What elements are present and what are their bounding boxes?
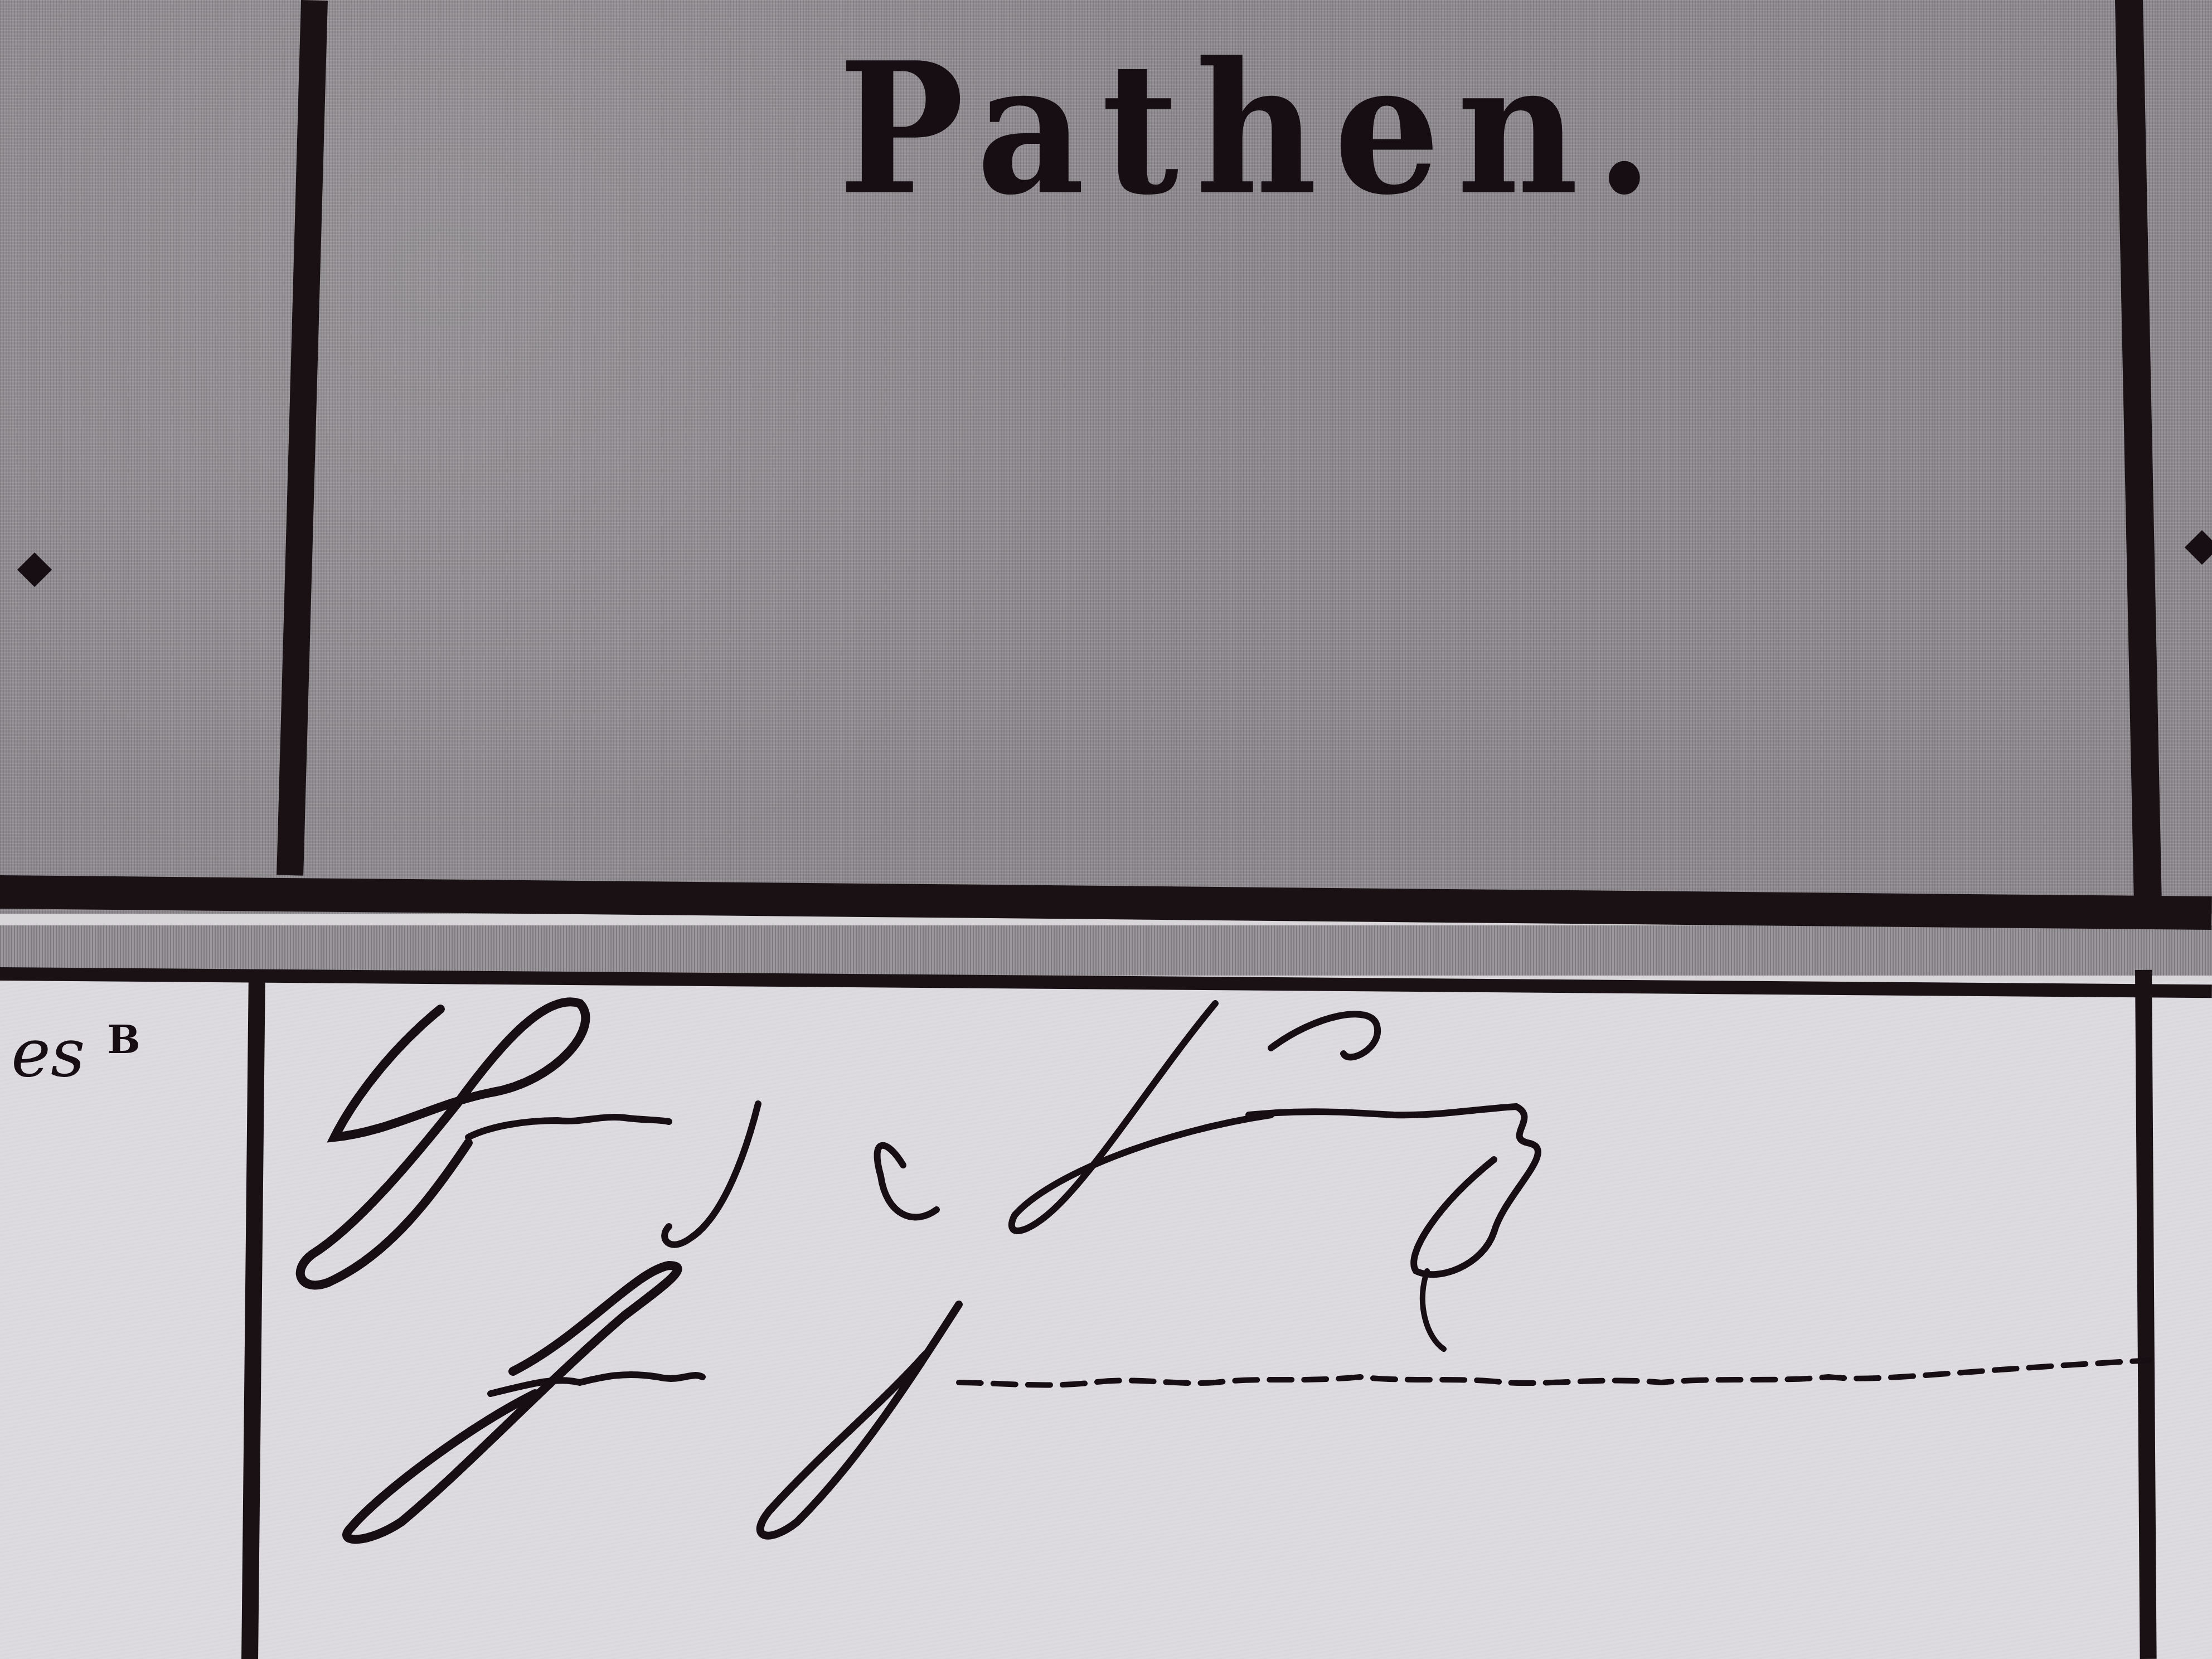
column-title-pathen: Pathen. [836, 14, 1672, 242]
entry-line-1: Georg Fritz [323, 1104, 356, 1110]
register-page: Pathen. esB Georg Fritz Hartgenb [0, 0, 2212, 1659]
header-sub-band [0, 925, 2212, 976]
left-column-fragment: esB [11, 1015, 140, 1092]
fragment-superscript: B [108, 1016, 140, 1063]
fragment-text: es [11, 1015, 85, 1092]
entry-line-2: Hartgenbecker [323, 1382, 366, 1389]
handwritten-entry: Georg Fritz Hartgenbecker [268, 992, 2152, 1550]
handwriting-strokes [268, 992, 2152, 1550]
